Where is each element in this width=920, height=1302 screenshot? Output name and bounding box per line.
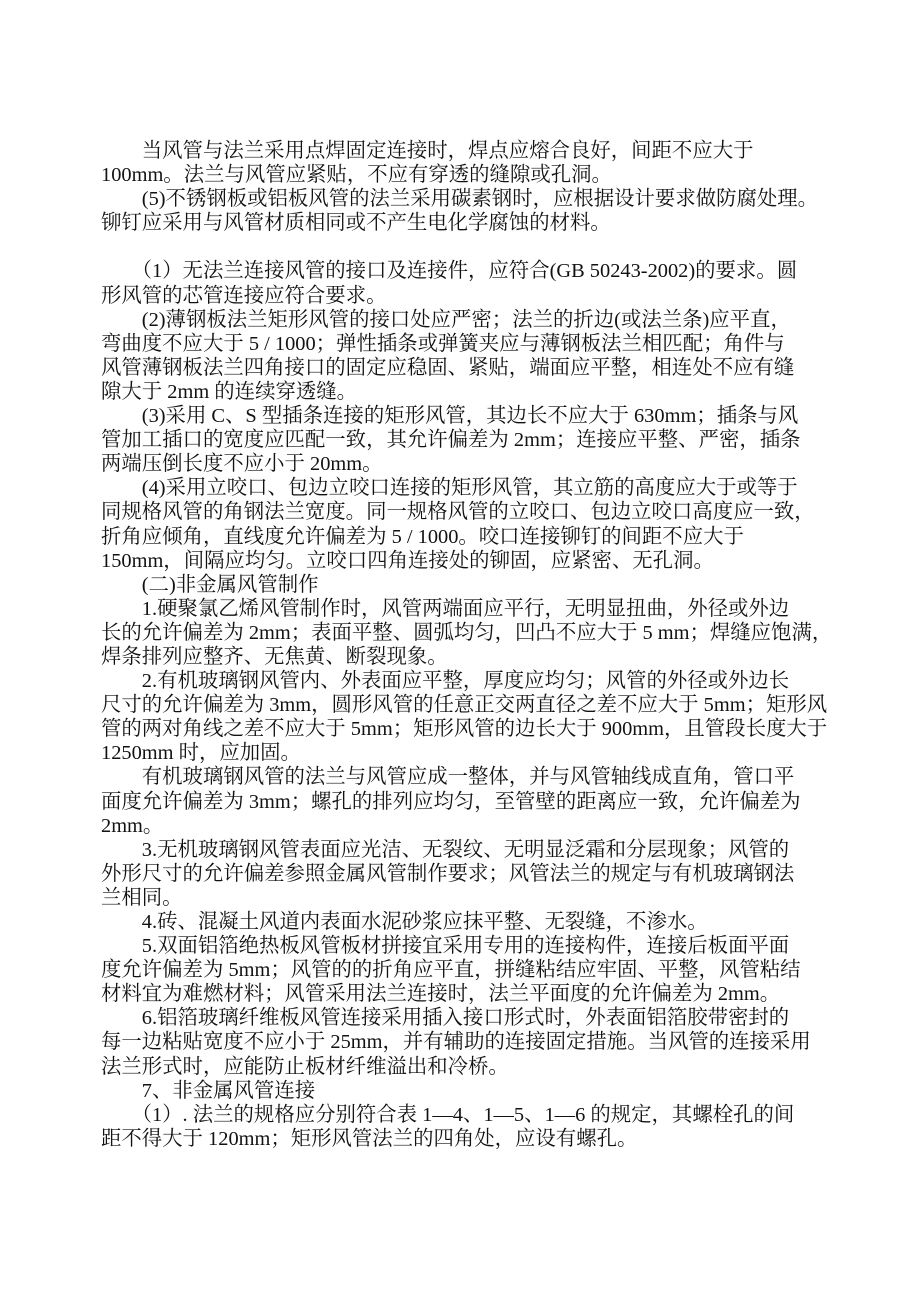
- text-line: 有机玻璃钢风管的法兰与风管应成一整体，并与风管轴线成直角，管口平: [101, 765, 828, 789]
- text-line: 距不得大于 120mm；矩形风管法兰的四角处，应设有螺孔。: [101, 1127, 828, 1151]
- text-line: （1）无法兰连接风管的接口及连接件，应符合(GB 50243-2002)的要求。…: [101, 259, 828, 283]
- text-line: (二)非金属风管制作: [101, 573, 828, 597]
- text-line: 150mm，间隔应均匀。立咬口四角连接处的铆固，应紧密、无孔洞。: [101, 549, 828, 573]
- text-line: 2mm。: [101, 814, 828, 838]
- text-line: (4)采用立咬口、包边立咬口连接的矩形风管，其立筋的高度应大于或等于: [101, 476, 828, 500]
- text-line: 5.双面铝箔绝热板风管板材拼接宜采用专用的连接构件，连接后板面平面: [101, 934, 828, 958]
- text-line: 长的允许偏差为 2mm；表面平整、圆弧均匀，凹凸不应大于 5 mm；焊缝应饱满，: [101, 621, 828, 645]
- text-line: 1250mm 时，应加固。: [101, 741, 828, 765]
- document-text: 当风管与法兰采用点焊固定连接时，焊点应熔合良好，间距不应大于100mm。法兰与风…: [101, 139, 828, 1151]
- text-line: 焊条排列应整齐、无焦黄、断裂现象。: [101, 645, 828, 669]
- text-line: 铆钉应采用与风管材质相同或不产生电化学腐蚀的材料。: [101, 211, 828, 235]
- text-line: 兰相同。: [101, 886, 828, 910]
- text-line: 弯曲度不应大于 5 / 1000；弹性插条或弹簧夹应与薄钢板法兰相匹配；角件与: [101, 332, 828, 356]
- text-line: 每一边粘贴宽度不应小于 25mm，并有辅助的连接固定措施。当风管的连接采用: [101, 1030, 828, 1054]
- text-line: 1.硬聚氯乙烯风管制作时，风管两端面应平行，无明显扭曲，外径或外边: [101, 597, 828, 621]
- text-line: 折角应倾角，直线度允许偏差为 5 / 1000。咬口连接铆钉的间距不应大于: [101, 525, 828, 549]
- text-line: (2)薄钢板法兰矩形风管的接口处应严密；法兰的折边(或法兰条)应平直，: [101, 308, 828, 332]
- text-line: 当风管与法兰采用点焊固定连接时，焊点应熔合良好，间距不应大于: [101, 139, 828, 163]
- text-line: 材料宜为难燃材料；风管采用法兰连接时，法兰平面度的允许偏差为 2mm。: [101, 982, 828, 1006]
- text-line: （1）. 法兰的规格应分别符合表 1—4、1—5、1—6 的规定，其螺栓孔的间: [101, 1103, 828, 1127]
- text-line: 两端压倒长度不应小于 20mm。: [101, 452, 828, 476]
- text-line: 3.无机玻璃钢风管表面应光洁、无裂纹、无明显泛霜和分层现象；风管的: [101, 838, 828, 862]
- text-line: 形风管的芯管连接应符合要求。: [101, 284, 828, 308]
- text-line: 2.有机玻璃钢风管内、外表面应平整，厚度应均匀；风管的外径或外边长: [101, 669, 828, 693]
- text-line: 管的两对角线之差不应大于 5mm；矩形风管的边长大于 900mm，且管段长度大于: [101, 717, 828, 741]
- text-line: 外形尺寸的允许偏差参照金属风管制作要求；风管法兰的规定与有机玻璃钢法: [101, 862, 828, 886]
- text-line: 面度允许偏差为 3mm；螺孔的排列应均匀，至管壁的距离应一致，允许偏差为: [101, 790, 828, 814]
- text-line: 尺寸的允许偏差为 3mm，圆形风管的任意正交两直径之差不应大于 5mm；矩形风: [101, 693, 828, 717]
- text-line: 度允许偏差为 5mm；风管的的折角应平直，拼缝粘结应牢固、平整，风管粘结: [101, 958, 828, 982]
- blank-line: [101, 235, 828, 259]
- text-line: 7、非金属风管连接: [101, 1079, 828, 1103]
- text-line: (3)采用 C、S 型插条连接的矩形风管，其边长不应大于 630mm；插条与风: [101, 404, 828, 428]
- text-line: 法兰形式时，应能防止板材纤维溢出和冷桥。: [101, 1055, 828, 1079]
- text-line: 隙大于 2mm 的连续穿透缝。: [101, 380, 828, 404]
- text-line: 6.铝箔玻璃纤维板风管连接采用插入接口形式时，外表面铝箔胶带密封的: [101, 1006, 828, 1030]
- text-line: 100mm。法兰与风管应紧贴，不应有穿透的缝隙或孔洞。: [101, 163, 828, 187]
- document-page: 当风管与法兰采用点焊固定连接时，焊点应熔合良好，间距不应大于100mm。法兰与风…: [0, 0, 920, 1302]
- text-line: 同规格风管的角钢法兰宽度。同一规格风管的立咬口、包边立咬口高度应一致，: [101, 500, 828, 524]
- text-line: 风管薄钢板法兰四角接口的固定应稳固、紧贴，端面应平整，相连处不应有缝: [101, 356, 828, 380]
- text-line: 管加工插口的宽度应匹配一致，其允许偏差为 2mm；连接应平整、严密，插条: [101, 428, 828, 452]
- text-line: 4.砖、混凝土风道内表面水泥砂浆应抹平整、无裂缝，不渗水。: [101, 910, 828, 934]
- text-line: (5)不锈钢板或铝板风管的法兰采用碳素钢时，应根据设计要求做防腐处理。: [101, 187, 828, 211]
